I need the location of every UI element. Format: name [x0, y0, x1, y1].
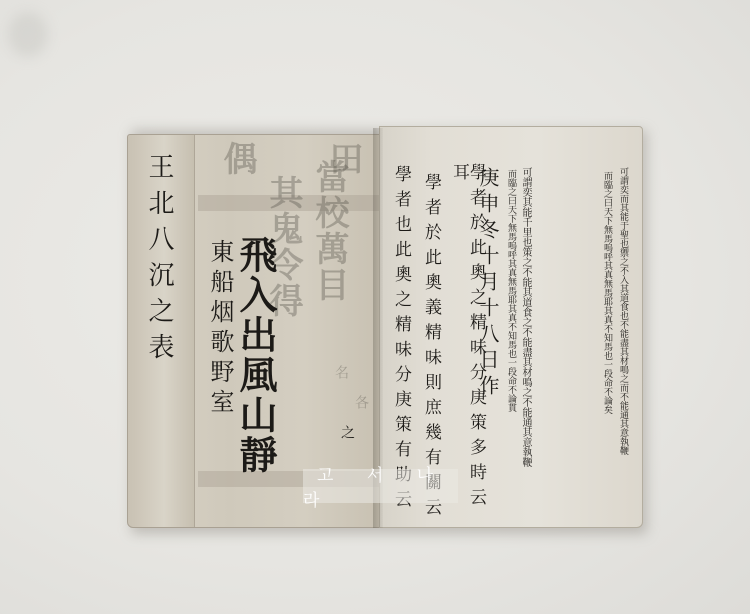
annotation: 各: [354, 395, 368, 409]
text-column: 而臨之曰天下無馬嗚呼其真無馬耶其真不知馬也一段命不論貫: [506, 169, 515, 489]
watermark: 고 서 나 라: [303, 469, 458, 503]
faded-characters: 偶: [220, 141, 254, 177]
calligraphy-column: 飛入出風山靜: [236, 235, 274, 475]
text-column: 可謂奕其能千里也策之不能其道食之不能盡其材鳴之不能通其意執鞭: [520, 167, 530, 507]
background-stain: [8, 12, 48, 57]
annotation: 之: [340, 425, 354, 439]
margin-inscription: 王北八沉之表: [146, 153, 172, 369]
calligraphy-column: 當校萬目: [312, 159, 346, 303]
calligraphy-column: 東船烟歌野室: [208, 239, 232, 419]
annotation: 名: [334, 365, 348, 379]
text-column: 而臨之曰天下無馬嗚呼其真無馬耶其真不知馬也一段命不論矣: [602, 171, 611, 471]
text-column: 可謂奕而其能于聖也禦之不入其道食也不能盡其材鳴之而不能通其意執鞭: [618, 167, 627, 507]
